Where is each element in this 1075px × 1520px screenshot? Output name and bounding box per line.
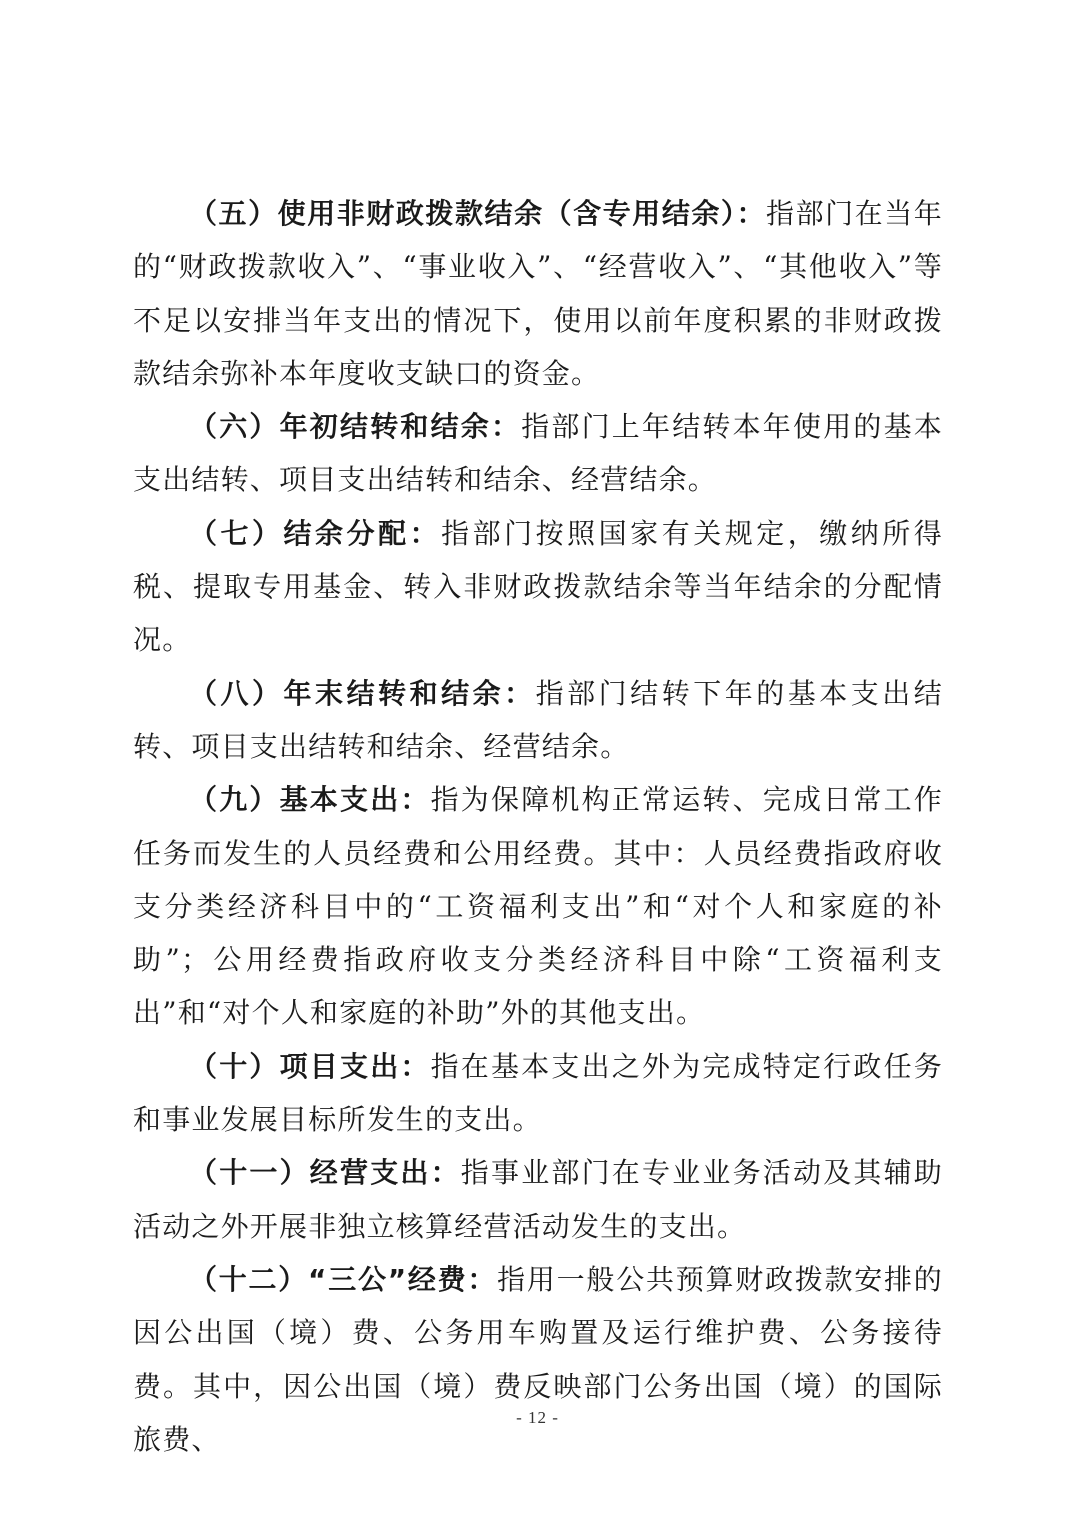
term-heading: （十一）经营支出： [189,1156,461,1189]
paragraph-item-9: （九）基本支出：指为保障机构正常运转、完成日常工作任务而发生的人员经费和公用经费… [133,773,943,1039]
term-heading: （十）项目支出： [189,1050,431,1083]
term-heading: （六）年初结转和结余： [189,410,521,443]
term-heading: （五）使用非财政拨款结余（含专用结余）： [189,197,766,230]
document-page: （五）使用非财政拨款结余（含专用结余）：指部门在当年的“财政拨款收入”、“事业收… [133,187,943,1466]
paragraph-item-11: （十一）经营支出：指事业部门在专业业务活动及其辅助活动之外开展非独立核算经营活动… [133,1146,943,1253]
term-heading: （十二）“三公”经费： [189,1263,497,1296]
term-heading: （九）基本支出： [189,783,431,816]
term-definition: 指为保障机构正常运转、完成日常工作任务而发生的人员经费和公用经费。其中：人员经费… [133,783,943,1029]
term-heading: （八）年末结转和结余： [189,677,536,710]
paragraph-item-8: （八）年末结转和结余：指部门结转下年的基本支出结转、项目支出结转和结余、经营结余… [133,667,943,774]
paragraph-item-7: （七）结余分配：指部门按照国家有关规定，缴纳所得税、提取专用基金、转入非财政拨款… [133,507,943,667]
term-heading: （七）结余分配： [189,517,441,550]
paragraph-item-6: （六）年初结转和结余：指部门上年结转本年使用的基本支出结转、项目支出结转和结余、… [133,400,943,507]
paragraph-item-12: （十二）“三公”经费：指用一般公共预算财政拨款安排的因公出国（境）费、公务用车购… [133,1253,943,1466]
page-number: - 12 - [0,1408,1075,1428]
paragraph-item-5: （五）使用非财政拨款结余（含专用结余）：指部门在当年的“财政拨款收入”、“事业收… [133,187,943,400]
paragraph-item-10: （十）项目支出：指在基本支出之外为完成特定行政任务和事业发展目标所发生的支出。 [133,1040,943,1147]
